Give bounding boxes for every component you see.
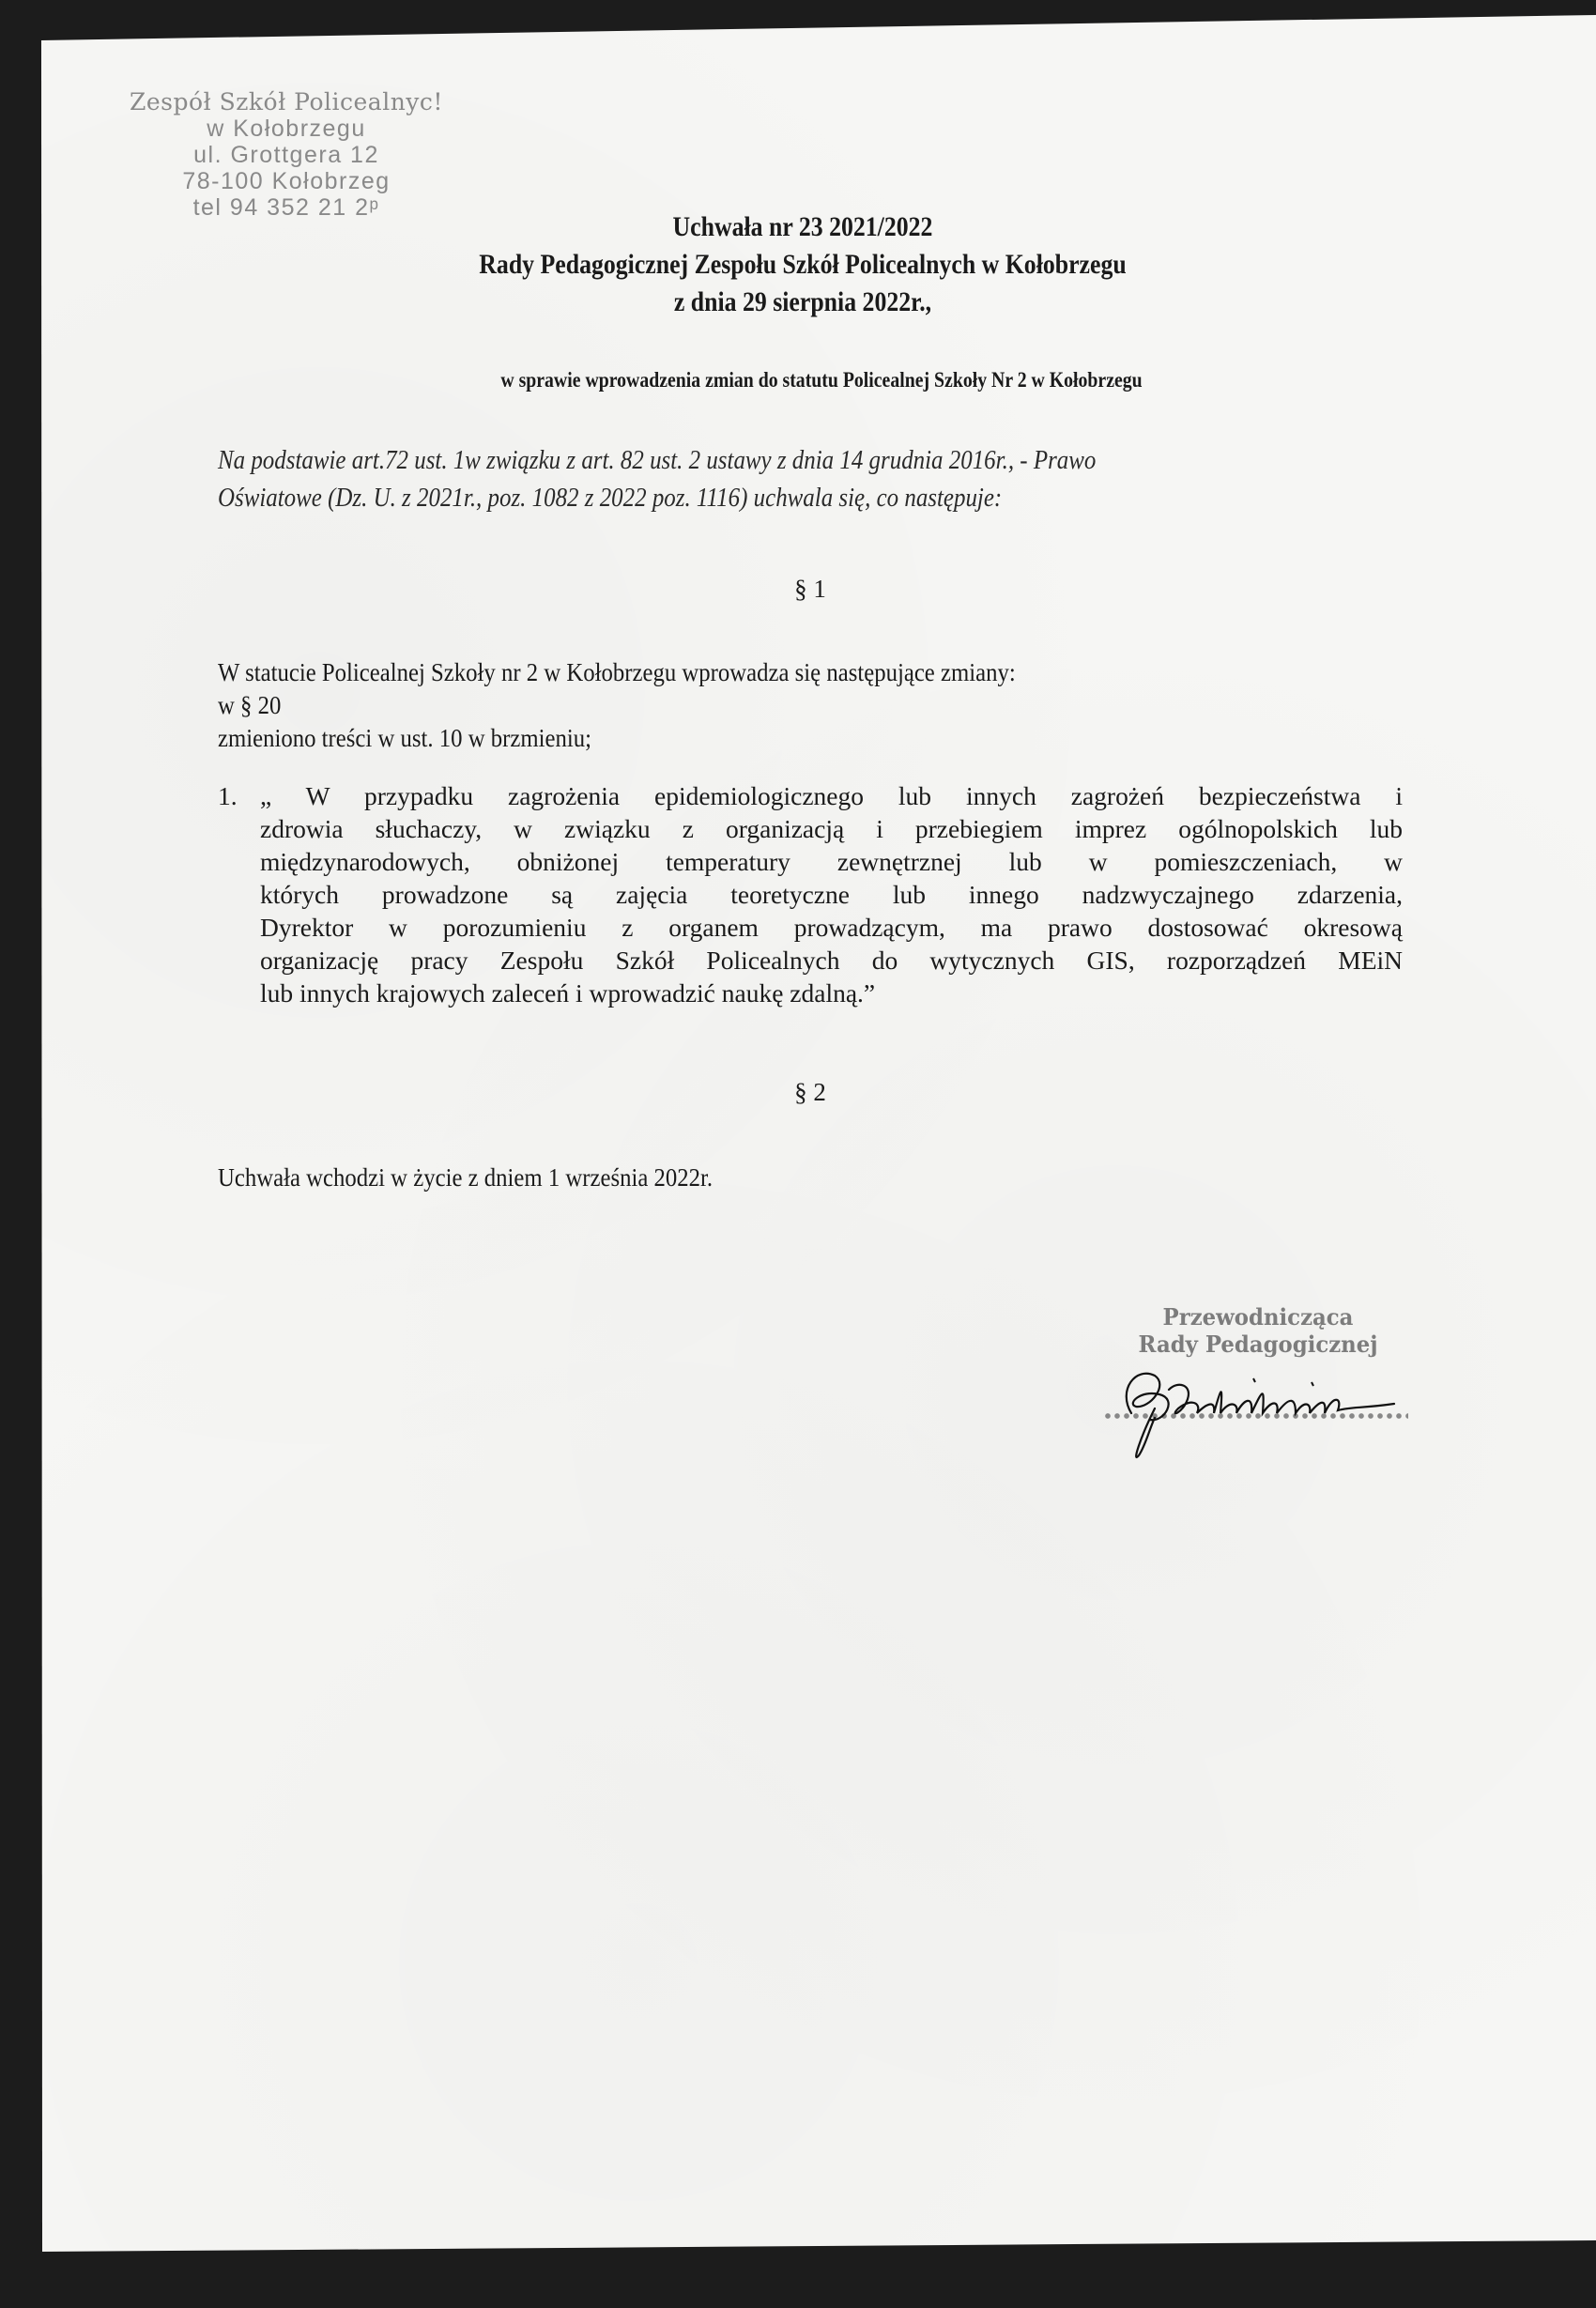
list-item-line: „ W przypadku zagrożenia epidemiologiczn…: [260, 779, 1403, 812]
resolution-header: Uchwała nr 23 2021/2022 Rady Pedagogiczn…: [357, 208, 1249, 321]
resolution-date: z dnia 29 sierpnia 2022r.,: [420, 284, 1187, 321]
list-item-number: 1.: [218, 779, 238, 812]
list-item-text: „ W przypadku zagrożenia epidemiologiczn…: [260, 779, 1403, 1009]
section-2-text: Uchwała wchodzi w życie z dniem 1 wrześn…: [218, 1162, 713, 1192]
list-item-line: organizację pracy Zespołu Szkół Policeal…: [260, 944, 1403, 977]
chairperson-council: Rady Pedagogicznej: [1107, 1331, 1410, 1358]
section-1-change-note: zmieniono treści w ust. 10 w brzmieniu;: [218, 723, 591, 753]
section-1-intro: W statucie Policealnej Szkoły nr 2 w Koł…: [218, 657, 1016, 687]
stamp-line-school: Zespół Szkół Policealnyc!: [122, 89, 451, 115]
school-stamp: Zespół Szkół Policealnyc! w Kołobrzegu u…: [122, 89, 451, 221]
resolution-title: Uchwała nr 23 2021/2022: [420, 208, 1187, 246]
legal-basis-line: Oświatowe (Dz. U. z 2021r., poz. 1082 z …: [218, 479, 1236, 516]
stamp-line-street: ul. Grottgera 12: [122, 142, 451, 168]
changes-list: 1. „ W przypadku zagrożenia epidemiologi…: [218, 779, 1403, 1009]
scanned-page: Zespół Szkół Policealnyc! w Kołobrzegu u…: [0, 0, 1596, 2308]
list-item-line: Dyrektor w porozumieniu z organem prowad…: [260, 911, 1403, 944]
list-item-line: lub innych krajowych zaleceń i wprowadzi…: [260, 977, 1403, 1009]
handwritten-signature: [1113, 1362, 1422, 1465]
section-1-heading: § 1: [218, 575, 1403, 604]
section-2-heading: § 2: [218, 1078, 1403, 1107]
resolution-body: Rady Pedagogicznej Zespołu Szkół Policea…: [420, 246, 1187, 284]
chairperson-stamp: Przewodnicząca Rady Pedagogicznej: [1098, 1303, 1418, 1358]
list-item-line: zdrowia słuchaczy, w związku z organizac…: [260, 812, 1403, 845]
list-item-line: których prowadzone są zajęcia teoretyczn…: [260, 878, 1403, 911]
stamp-line-postal: 78-100 Kołobrzeg: [122, 168, 451, 194]
stamp-line-city: w Kołobrzegu: [122, 115, 451, 142]
section-1-paragraph-ref: w § 20: [218, 690, 281, 720]
legal-basis: Na podstawie art.72 ust. 1w związku z ar…: [218, 441, 1403, 516]
list-item-line: międzynarodowych, obniżonej temperatury …: [260, 845, 1403, 878]
chairperson-role: Przewodnicząca: [1107, 1303, 1410, 1331]
legal-basis-line: Na podstawie art.72 ust. 1w związku z ar…: [218, 441, 1236, 479]
resolution-subject: w sprawie wprowadzenia zmian do statutu …: [358, 368, 1286, 392]
